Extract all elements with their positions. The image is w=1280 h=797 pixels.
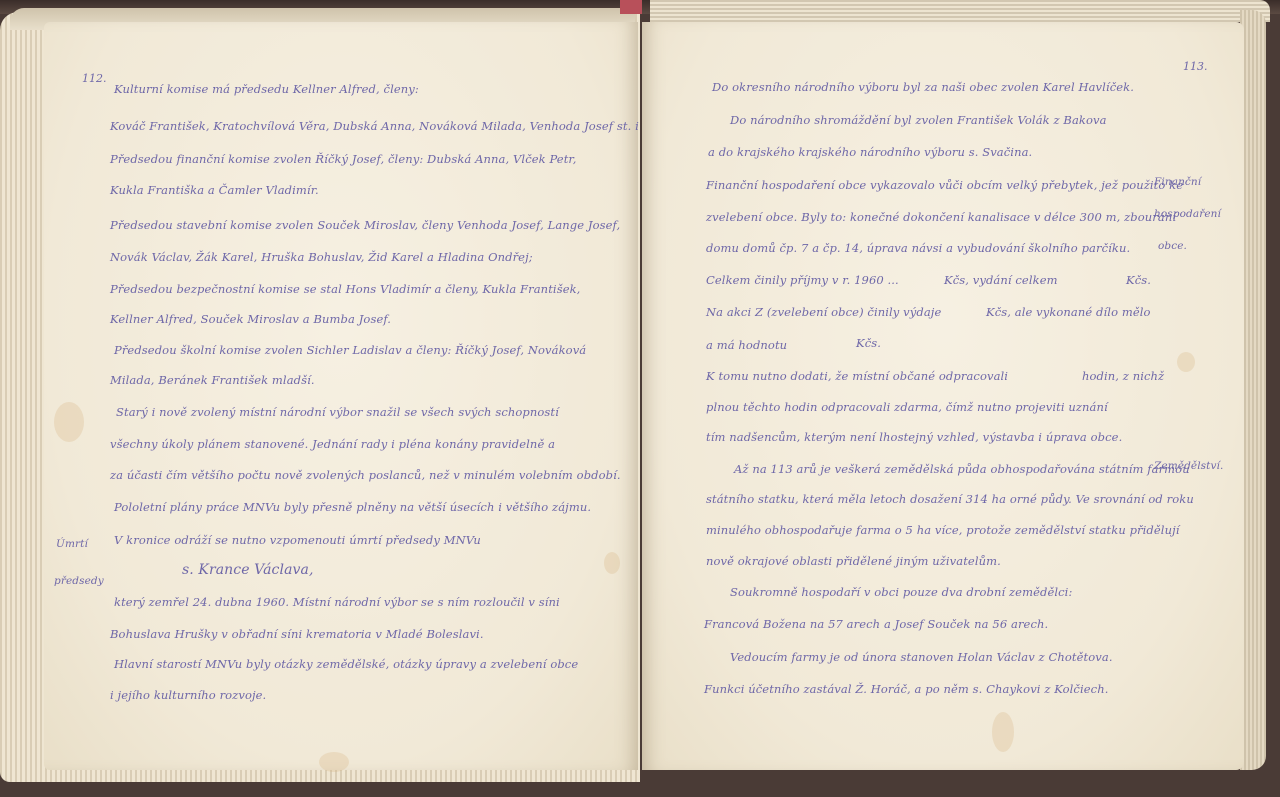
handwritten-line: Starý i nově zvolený místní národní výbo… [116, 405, 559, 419]
handwritten-line: Milada, Beránek František mladší. [110, 373, 315, 387]
handwritten-line: zvelebení obce. Byly to: konečné dokonče… [706, 210, 1176, 224]
handwritten-line: Předsedou bezpečnostní komise se stal Ho… [110, 282, 580, 296]
handwritten-line: Kulturní komise má předsedu Kellner Alfr… [114, 82, 419, 96]
handwritten-line: Bohuslava Hrušky v obřadní síni kremator… [110, 627, 484, 641]
handwritten-line: domu domů čp. 7 a čp. 14, úprava návsi a… [706, 241, 1130, 255]
handwritten-line: Funkci účetního zastával Ž. Horáč, a po … [704, 682, 1108, 696]
handwritten-line: který zemřel 24. dubna 1960. Místní náro… [114, 595, 560, 609]
margin-note: Finanční [1154, 176, 1201, 188]
margin-note: Zemědělství. [1154, 460, 1223, 472]
handwritten-line: státního statku, která měla letoch dosaž… [706, 492, 1194, 506]
handwritten-line: Do okresního národního výboru byl za naš… [712, 80, 1134, 94]
handwritten-line: Francová Božena na 57 arech a Josef Souč… [704, 617, 1048, 631]
handwritten-line: Soukromně hospodaří v obci pouze dva dro… [730, 585, 1072, 599]
handwritten-line: i jejího kulturního rozvoje. [110, 688, 266, 702]
handwritten-line: Kčs. [1126, 273, 1151, 287]
handwritten-line: minulého obhospodařuje farma o 5 ha více… [706, 523, 1180, 537]
margin-note: obce. [1158, 240, 1187, 252]
handwritten-line: Kčs, vydání celkem [944, 273, 1058, 287]
handwritten-line: Novák Václav, Žák Karel, Hruška Bohuslav… [110, 250, 533, 264]
paper-stain [1177, 352, 1195, 372]
handwritten-line: Finanční hospodaření obce vykazovalo vůč… [706, 178, 1183, 192]
handwritten-line: Předsedou školní komise zvolen Sichler L… [114, 343, 586, 357]
handwritten-line: V kronice odráží se nutno vzpomenouti úm… [114, 533, 481, 547]
handwritten-line: Vedoucím farmy je od února stanoven Hola… [730, 650, 1113, 664]
paper-stain [54, 402, 84, 442]
open-book: 112. Kulturní komise má předsedu Kellner… [0, 0, 1280, 797]
handwritten-line: Kováč František, Kratochvílová Věra, Dub… [110, 119, 682, 133]
handwritten-line: Na akci Z (zvelebení obce) činily výdaje [706, 305, 941, 319]
paper-stain [992, 712, 1014, 752]
margin-note: Úmrtí [56, 538, 88, 550]
bookmark-ribbon [620, 0, 642, 14]
handwritten-line: tím nadšencům, kterým není lhostejný vzh… [706, 430, 1122, 444]
handwritten-line: Kčs. [856, 336, 881, 350]
handwritten-line: Kellner Alfred, Souček Miroslav a Bumba … [110, 312, 391, 326]
paper-stain [319, 752, 349, 772]
handwritten-line: všechny úkoly plánem stanovené. Jednání … [110, 437, 555, 451]
handwritten-line: Celkem činily příjmy v r. 1960 ... [706, 273, 899, 287]
handwritten-line: a má hodnotu [706, 338, 787, 352]
handwritten-line: Předsedou finanční komise zvolen Říčký J… [110, 152, 577, 166]
page-number-right: 113. [1183, 60, 1208, 73]
margin-note: předsedy [54, 575, 104, 587]
handwritten-line-name: s. Krance Václava, [182, 562, 314, 578]
handwritten-line: a do krajského krajského národního výbor… [708, 145, 1032, 159]
handwritten-line: hodin, z nichž [1082, 369, 1164, 383]
handwritten-line: plnou těchto hodin odpracovali zdarma, č… [706, 400, 1108, 414]
handwritten-line: Kčs, ale vykonané dílo mělo [986, 305, 1151, 319]
handwritten-line: Pololetní plány práce MNVu byly přesně p… [114, 500, 591, 514]
handwritten-line: Kukla Františka a Čamler Vladimír. [110, 183, 319, 197]
handwritten-line: K tomu nutno dodati, že místní občané od… [706, 369, 1008, 383]
paper-stain [604, 552, 620, 574]
handwritten-line: Hlavní starostí MNVu byly otázky zeměděl… [114, 657, 578, 671]
handwritten-line: Až na 113 arů je veškerá zemědělská půda… [734, 462, 1190, 476]
page-number-left: 112. [82, 72, 107, 85]
handwritten-line: Do národního shromáždění byl zvolen Fran… [730, 113, 1107, 127]
handwritten-line: Předsedou stavební komise zvolen Souček … [110, 218, 620, 232]
right-page-top-edges [650, 0, 1270, 22]
margin-note: hospodaření [1154, 208, 1221, 220]
handwritten-line: nově okrajové oblasti přidělené jiným už… [706, 554, 1001, 568]
handwritten-line: za účasti čím většího počtu nově zvolený… [110, 468, 621, 482]
